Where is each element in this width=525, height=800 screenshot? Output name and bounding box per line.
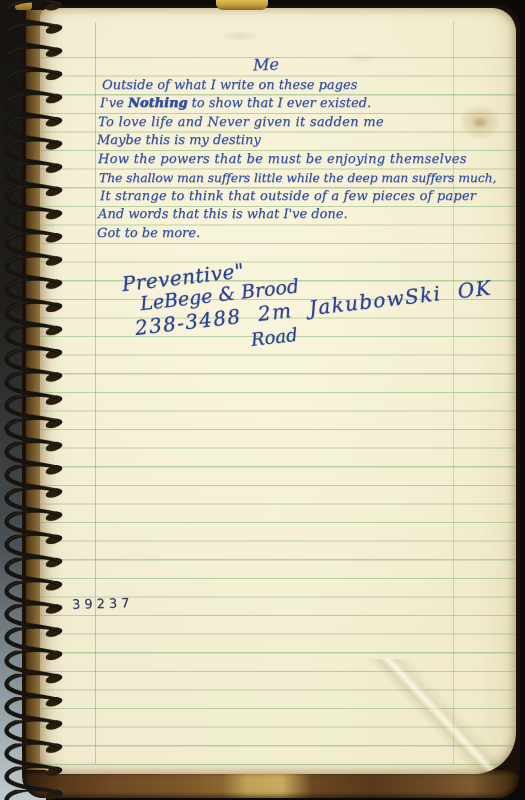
handwritten-line: And words that this is what I've done. xyxy=(98,206,348,224)
cover-bottom-edge xyxy=(24,770,520,798)
handwritten-line: Outside of what I write on these pages xyxy=(102,77,357,95)
handwritten-line: Got to be more. xyxy=(97,225,200,243)
handwritten-line: Maybe this is my destiny xyxy=(97,132,261,150)
page-title: Me xyxy=(253,56,279,75)
notebook-photo: Me Outside of what I write on these page… xyxy=(0,0,525,800)
spiral-binding xyxy=(0,0,72,800)
handwritten-line: I've Nothing to show that I ever existed… xyxy=(100,95,371,113)
page-number: 39237 xyxy=(72,596,134,613)
overwritten-word: Nothing xyxy=(128,96,188,111)
handwritten-line: How the powers that be must be enjoying … xyxy=(98,151,467,169)
left-margin-line xyxy=(95,22,96,764)
smudge xyxy=(338,52,384,65)
handwritten-line: It strange to think that outside of a fe… xyxy=(100,188,476,206)
coil-wires xyxy=(0,0,72,800)
cover-tab xyxy=(216,0,268,10)
smudge xyxy=(212,28,268,44)
stain xyxy=(468,114,492,131)
notebook-page: Me Outside of what I write on these page… xyxy=(40,8,516,774)
line-text: I've xyxy=(100,96,128,111)
line-text: to show that I ever existed. xyxy=(187,96,371,111)
handwritten-line: The shallow man suffers little while the… xyxy=(99,169,496,187)
note-road: Road xyxy=(250,327,298,350)
handwritten-line: To love life and Never given it sadden m… xyxy=(98,114,384,132)
page-fold-crease xyxy=(366,659,516,774)
